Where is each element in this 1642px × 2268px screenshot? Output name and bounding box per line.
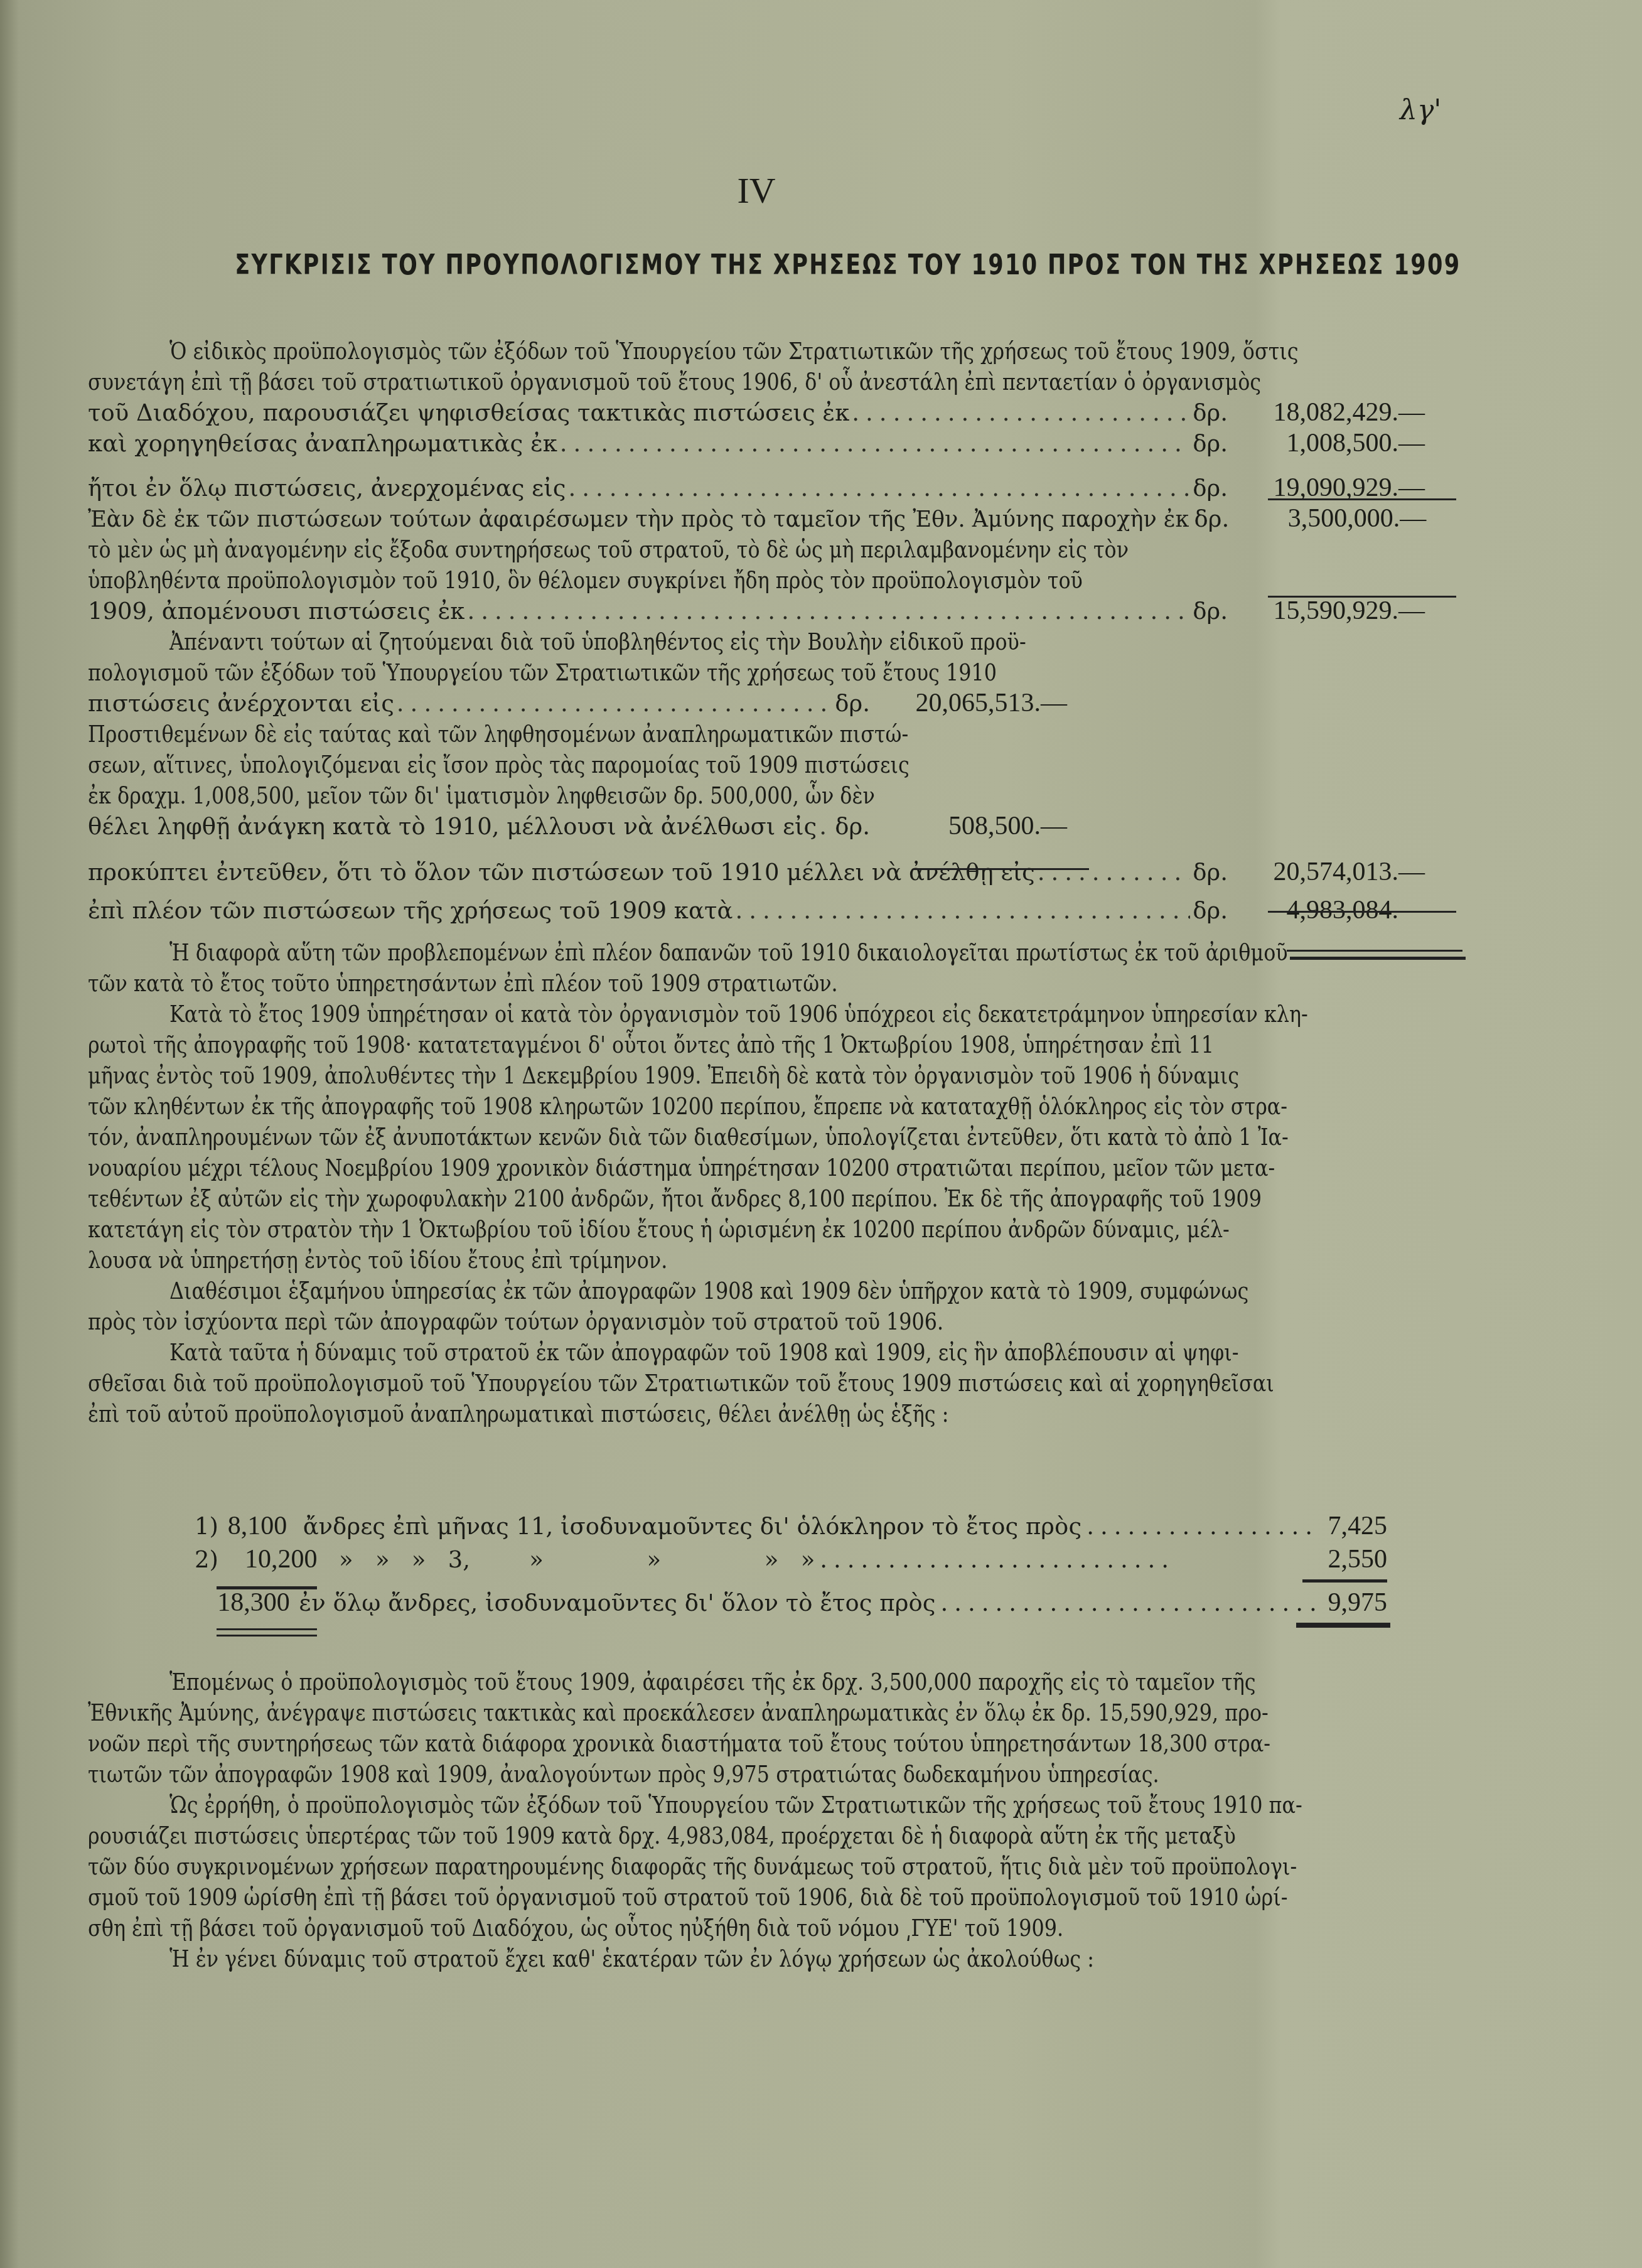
text-line: Ἡ διαφορὰ αὕτη τῶν προβλεπομένων ἐπὶ πλέ… — [88, 937, 1425, 968]
ledger-row-1910-total: προκύπτει ἐντεῦθεν, ὅτι τὸ ὅλον τῶν πιστ… — [88, 857, 1425, 888]
text-line: συνετάγη ἐπὶ τῇ βάσει τοῦ στρατιωτικοῦ ὀ… — [88, 367, 1425, 397]
text-line: τῶν κληθέντων ἐκ τῆς ἀπογραφῆς τοῦ 1908 … — [88, 1091, 1425, 1122]
text-line: πρὸς τὸν ἰσχύοντα περὶ τῶν ἀπογραφῶν τού… — [88, 1306, 1425, 1337]
text-line: ρουσιάζει πιστώσεις ὑπερτέρας τῶν τοῦ 19… — [88, 1820, 1425, 1851]
text-line: Ἀπέναντι τούτων αἱ ζητούμεναι διὰ τοῦ ὑπ… — [88, 626, 1425, 657]
text-line: Ὁ εἰδικὸς προϋπολογισμὸς τῶν ἐξόδων τοῦ … — [88, 336, 1425, 367]
text-line: τεθέντων ἐξ αὐτῶν εἰς τὴν χωροφυλακὴν 21… — [88, 1183, 1425, 1214]
amount: 20,574,013.— — [1237, 857, 1425, 888]
text-line: τιωτῶν τῶν ἀπογραφῶν 1908 καὶ 1909, ἀναλ… — [88, 1759, 1425, 1790]
paragraph-service-1909: Κατὰ τὸ ἔτος 1909 ὑπηρέτησαν οἱ κατὰ τὸν… — [88, 999, 1425, 1276]
section-numeral: IV — [0, 169, 1513, 212]
amount: 3,500,000.— — [1238, 503, 1426, 534]
strength-row: 1) 8,100 ἄνδρες ἐπὶ μῆνας 11, ἰσοδυναμοῦ… — [195, 1510, 1387, 1543]
value-subtotal-rule — [1302, 1579, 1387, 1583]
amount: 15,590,929.— — [1237, 596, 1425, 626]
text-line: Προστιθεμένων δὲ εἰς ταύτας καὶ τῶν ληφθ… — [88, 719, 1425, 750]
text-line: τόν, ἀναπληρουμένων τῶν ἐξ ἀνυποτάκτων κ… — [88, 1122, 1425, 1153]
text-line: τῶν κατὰ τὸ ἔτος τοῦτο ὑπηρετησάντων ἐπὶ… — [88, 968, 1425, 999]
strength-total-value: 9,975 — [1321, 1586, 1387, 1619]
amount: 18,082,429.— — [1237, 397, 1425, 428]
text-line: Κατὰ τὸ ἔτος 1909 ὑπηρέτησαν οἱ κατὰ τὸν… — [88, 999, 1425, 1029]
paragraph-difference: Ἡ διαφορὰ αὕτη τῶν προβλεπομένων ἐπὶ πλέ… — [88, 937, 1425, 999]
men-total-rule-bottom — [217, 1635, 317, 1637]
text-line: ὑποβληθέντα προϋπολογισμὸν τοῦ 1910, ὃν … — [88, 565, 1425, 596]
text-line: κατετάγη εἰς τὸν στρατὸν τὴν 1 Ὀκτωβρίου… — [88, 1214, 1425, 1245]
paragraph-general-strength: Ἡ ἐν γένει δύναμις τοῦ στρατοῦ ἔχει καθ'… — [88, 1943, 1425, 1974]
sum-rule — [1268, 498, 1456, 500]
paragraph-available-reserves: Διαθέσιμοι ἑξαμήνου ὑπηρεσίας ἐκ τῶν ἀπο… — [88, 1276, 1425, 1337]
ledger-row-1910-credits: πιστώσεις ἀνέρχονται εἰς................… — [88, 688, 1067, 719]
supplement-rule — [913, 868, 1089, 870]
text-line: Ἐθνικῆς Ἀμύνης, ἀνέγραψε πιστώσεις τακτι… — [88, 1697, 1425, 1728]
ledger-row-excess-over-1909: ἐπὶ πλέον τῶν πιστώσεων τῆς χρήσεως τοῦ … — [88, 895, 1425, 926]
text-line: Ὡς ἐρρήθη, ὁ προϋπολογισμὸς τῶν ἐξόδων τ… — [88, 1790, 1425, 1820]
text-line: τῶν δύο συγκρινομένων χρήσεων παρατηρουμ… — [88, 1851, 1425, 1882]
strength-table: 1) 8,100 ἄνδρες ἐπὶ μῆνας 11, ἰσοδυναμοῦ… — [195, 1510, 1387, 1620]
text-line: τὸ μὲν ὡς μὴ ἀναγομένην εἰς ἔξοδα συντηρ… — [88, 534, 1425, 565]
paragraph-budget-1910: Ὡς ἐρρήθη, ὁ προϋπολογισμὸς τῶν ἐξόδων τ… — [88, 1790, 1425, 1943]
value-total-rule — [1296, 1623, 1390, 1628]
text-line: Ἡ ἐν γένει δύναμις τοῦ στρατοῦ ἔχει καθ'… — [88, 1943, 1425, 1974]
text-line: σθη ἐπὶ τῇ βάσει τοῦ ὀργανισμοῦ τοῦ Διαδ… — [88, 1913, 1425, 1943]
page-title: ΣΥΓΚΡΙΣΙΣ ΤΟΥ ΠΡΟΥΠΟΛΟΓΙΣΜΟΥ ΤΗΣ ΧΡΗΣΕΩΣ… — [235, 248, 1277, 281]
strength-total-row: 18,300 ἐν ὅλῳ ἄνδρες, ἰσοδυναμοῦντες δι'… — [195, 1586, 1387, 1620]
paragraph-army-strength: Κατὰ ταῦτα ἡ δύναμις τοῦ στρατοῦ ἐκ τῶν … — [88, 1337, 1425, 1429]
text-line: Κατὰ ταῦτα ἡ δύναμις τοῦ στρατοῦ ἐκ τῶν … — [88, 1337, 1425, 1368]
text-line: νοῶν περὶ τῆς συντηρήσεως τῶν κατὰ διάφο… — [88, 1728, 1425, 1759]
text-line: μῆνας ἐντὸς τοῦ 1909, ἀπολυθέντες τὴν 1 … — [88, 1060, 1425, 1091]
excess-double-rule-top — [1287, 950, 1462, 952]
amount: 1,008,500.— — [1237, 428, 1425, 459]
strength-row: 2) 10,200 » » » 3, » » » » .............… — [195, 1543, 1387, 1576]
text-line: σεων, αἵτινες, ὑπολογιζόμεναι εἰς ἴσον π… — [88, 750, 1425, 780]
men-total-rule-top — [217, 1628, 317, 1630]
subtract-rule — [1268, 596, 1456, 598]
excess-double-rule-bottom — [1290, 957, 1466, 960]
text-line: ἐκ δραχμ. 1,008,500, μεῖον τῶν δι' ἱματι… — [88, 780, 1425, 811]
text-line: Ἑπομένως ὁ προϋπολογισμὸς τοῦ ἔτους 1909… — [88, 1667, 1425, 1697]
total-rule — [1268, 911, 1456, 913]
men-subtotal-rule — [217, 1586, 317, 1589]
amount: 508,500.— — [879, 811, 1067, 842]
text-line: σμοῦ τοῦ 1909 ὡρίσθη ἐπὶ τῇ βάσει τοῦ ὀρ… — [88, 1882, 1425, 1913]
text-line: ρωτοὶ τῆς ἀπογραφῆς τοῦ 1908· κατατεταγμ… — [88, 1029, 1425, 1060]
text-line: σθεῖσαι διὰ τοῦ προϋπολογισμοῦ τοῦ Ὑπουρ… — [88, 1368, 1425, 1399]
ledger-row-total-credits: ἤτοι ἐν ὅλῳ πιστώσεις, ἀνερχομένας εἰς..… — [88, 473, 1425, 503]
page-number: λγ' — [1400, 94, 1441, 126]
strength-value: 2,550 — [1293, 1543, 1387, 1576]
ledger-row-ordinary-credits: τοῦ Διαδόχου, παρουσιάζει ψηφισθείσας τα… — [88, 397, 1425, 428]
ledger-row-remaining-credits: 1909, ἀπομένουσι πιστώσεις ἐκ...........… — [88, 596, 1425, 626]
text-line: ἐπὶ τοῦ αὐτοῦ προϋπολογισμοῦ ἀναπληρωματ… — [88, 1399, 1425, 1429]
strength-value: 7,425 — [1325, 1510, 1387, 1542]
paragraph-budget-1909: Ἑπομένως ὁ προϋπολογισμὸς τοῦ ἔτους 1909… — [88, 1667, 1425, 1790]
ledger-row-1910-supplement: θέλει ληφθῇ ἀνάγκη κατὰ τὸ 1910, μέλλουσ… — [88, 811, 1067, 842]
amount: 20,065,513.— — [879, 688, 1067, 719]
closing-block: Ἑπομένως ὁ προϋπολογισμὸς τοῦ ἔτους 1909… — [88, 1667, 1425, 1974]
ledger-row-national-defence: Ἐὰν δὲ ἐκ τῶν πιστώσεων τούτων ἀφαιρέσωμ… — [88, 503, 1425, 534]
text-line: λουσα νὰ ὑπηρετήσῃ ἐντὸς τοῦ ἰδίου ἔτους… — [88, 1245, 1425, 1276]
text-line: πολογισμοῦ τῶν ἐξόδων τοῦ Ὑπουργείου τῶν… — [88, 657, 1425, 688]
text-line: νουαρίου μέχρι τέλους Νοεμβρίου 1909 χρο… — [88, 1153, 1425, 1183]
text-line: Διαθέσιμοι ἑξαμήνου ὑπηρεσίας ἐκ τῶν ἀπο… — [88, 1276, 1425, 1306]
ledger-row-supplementary-credits: καὶ χορηγηθείσας ἀναπληρωματικὰς ἐκ.....… — [88, 428, 1425, 459]
intro-block: Ὁ εἰδικὸς προϋπολογισμὸς τῶν ἐξόδων τοῦ … — [88, 336, 1425, 1429]
